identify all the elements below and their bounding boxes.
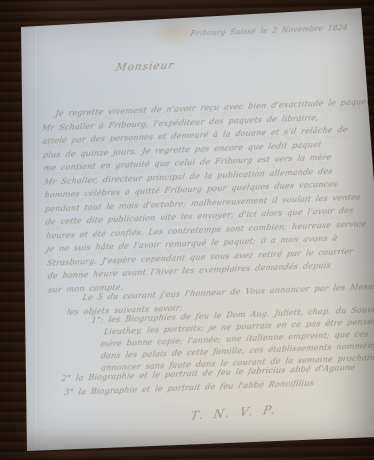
handwriting-layer: Fribourg Suisse le 2 Novembre 1824 Monsi… bbox=[0, 0, 374, 460]
handwriting-line: Le 5 du courant j'eus l'honneur de Vous … bbox=[82, 281, 374, 302]
letter-photo: Fribourg Suisse le 2 Novembre 1824 Monsi… bbox=[0, 0, 374, 460]
dateline: Fribourg Suisse le 2 Novembre 1824 bbox=[190, 23, 349, 38]
salutation: Monsieur bbox=[115, 61, 175, 72]
letter-paper: Fribourg Suisse le 2 Novembre 1824 Monsi… bbox=[0, 0, 374, 460]
signature: T. N. V. P. bbox=[190, 405, 278, 420]
